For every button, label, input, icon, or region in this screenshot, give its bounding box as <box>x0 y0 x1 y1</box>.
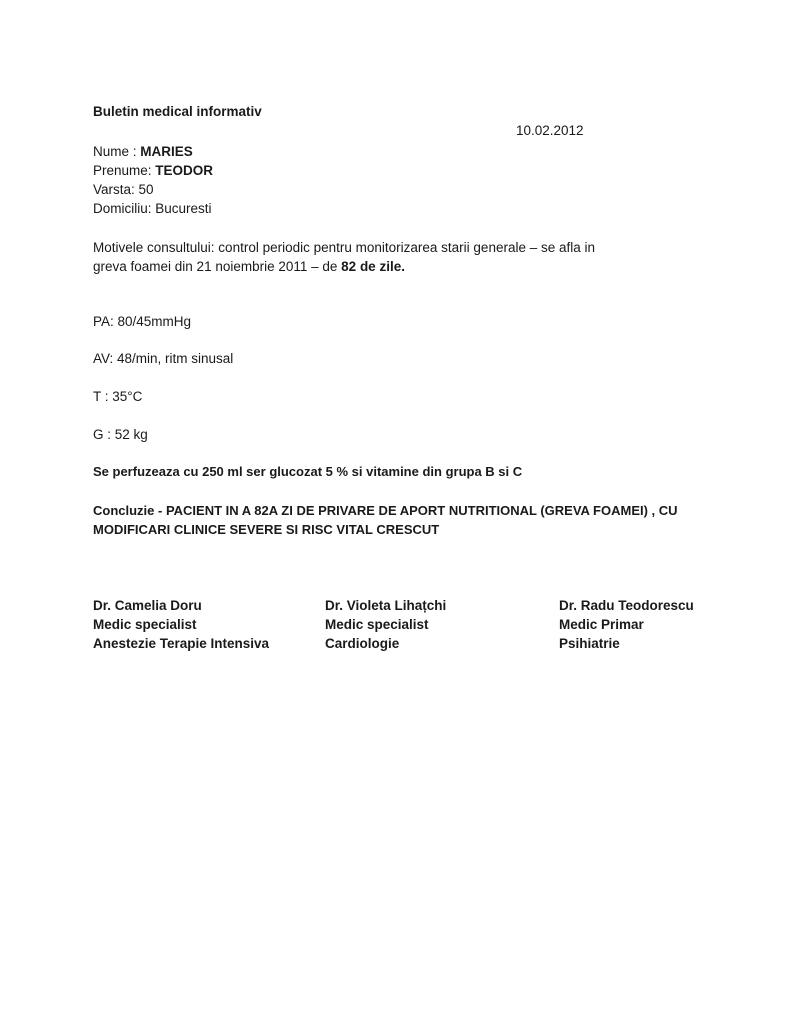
value: TEODOR <box>155 163 213 178</box>
patient-address: Domiciliu: Bucuresti <box>93 199 213 218</box>
label: Prenume: <box>93 163 155 178</box>
patient-age: Varsta: 50 <box>93 180 213 199</box>
patient-info: Nume : MARIES Prenume: TEODOR Varsta: 50… <box>93 142 213 218</box>
consult-reason: Motivele consultului: control periodic p… <box>93 238 595 276</box>
label: Nume : <box>93 144 140 159</box>
vital-weight: G : 52 kg <box>93 427 148 442</box>
signature-3: Dr. Radu Teodorescu Medic Primar Psihiat… <box>559 596 694 653</box>
reason-text: greva foamei din 21 noiembrie 2011 – de <box>93 259 341 274</box>
value: MARIES <box>140 144 193 159</box>
reason-line-2: greva foamei din 21 noiembrie 2011 – de … <box>93 257 595 276</box>
conclusion: Concluzie - PACIENT IN A 82A ZI DE PRIVA… <box>93 501 678 539</box>
vital-pa: PA: 80/45mmHg <box>93 314 191 329</box>
patient-first-name: Prenume: TEODOR <box>93 161 213 180</box>
signature-title: Medic specialist <box>93 615 269 634</box>
signature-specialty: Anestezie Terapie Intensiva <box>93 634 269 653</box>
signature-2: Dr. Violeta Lihațchi Medic specialist Ca… <box>325 596 446 653</box>
signature-title: Medic Primar <box>559 615 694 634</box>
conclusion-line-2: MODIFICARI CLINICE SEVERE SI RISC VITAL … <box>93 520 678 539</box>
signature-specialty: Psihiatrie <box>559 634 694 653</box>
reason-days: 82 de zile. <box>341 259 405 274</box>
patient-last-name: Nume : MARIES <box>93 142 213 161</box>
document-title: Buletin medical informativ <box>93 104 262 119</box>
vital-av: AV: 48/min, ritm sinusal <box>93 351 233 366</box>
signature-specialty: Cardiologie <box>325 634 446 653</box>
signature-name: Dr. Violeta Lihațchi <box>325 596 446 615</box>
treatment: Se perfuzeaza cu 250 ml ser glucozat 5 %… <box>93 464 522 479</box>
vital-temp: T : 35°C <box>93 389 142 404</box>
document-date: 10.02.2012 <box>516 123 584 138</box>
conclusion-line-1: Concluzie - PACIENT IN A 82A ZI DE PRIVA… <box>93 501 678 520</box>
signature-1: Dr. Camelia Doru Medic specialist Aneste… <box>93 596 269 653</box>
signature-name: Dr. Radu Teodorescu <box>559 596 694 615</box>
signature-name: Dr. Camelia Doru <box>93 596 269 615</box>
signature-title: Medic specialist <box>325 615 446 634</box>
reason-line-1: Motivele consultului: control periodic p… <box>93 238 595 257</box>
